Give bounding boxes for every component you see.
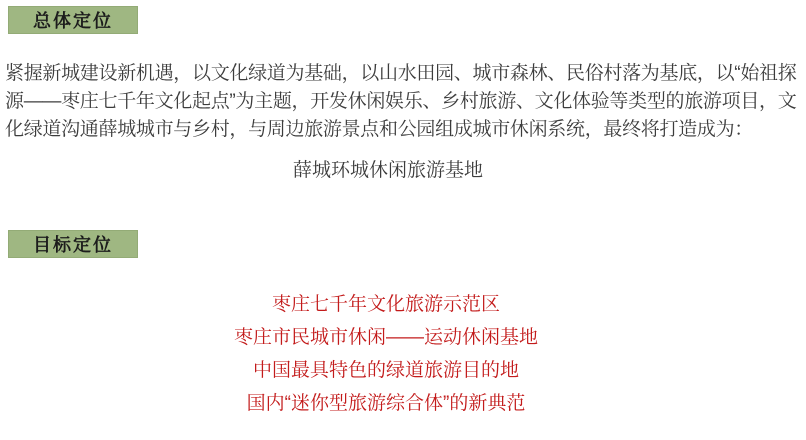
overall-positioning-paragraph: 紧握新城建设新机遇，以文化绿道为基础，以山水田园、城市森林、民俗村落为基底，以“… [5, 60, 801, 144]
presentation-slide: 总体定位 紧握新城建设新机遇，以文化绿道为基础，以山水田园、城市森林、民俗村落为… [0, 0, 806, 440]
goal-line-3: 中国最具特色的绿道旅游目的地 [0, 354, 772, 387]
goal-list: 枣庄七千年文化旅游示范区 枣庄市民城市休闲——运动休闲基地 中国最具特色的绿道旅… [0, 288, 772, 420]
goal-line-1: 枣庄七千年文化旅游示范区 [0, 288, 772, 321]
goal-line-2: 枣庄市民城市休闲——运动休闲基地 [0, 321, 772, 354]
paragraph-line-2: 源——枣庄七千年文化起点”为主题，开发休闲娱乐、乡村旅游、文化体验等类型的旅游项… [5, 88, 801, 116]
section-badge-overall-positioning: 总体定位 [8, 6, 138, 34]
section-badge-goal-positioning: 目标定位 [8, 230, 138, 258]
goal-line-4: 国内“迷你型旅游综合体”的新典范 [0, 387, 772, 420]
overall-conclusion-text: 薛城环城休闲旅游基地 [0, 157, 776, 185]
paragraph-line-3: 化绿道沟通薛城城市与乡村，与周边旅游景点和公园组成城市休闲系统，最终将打造成为： [5, 116, 801, 144]
paragraph-line-1: 紧握新城建设新机遇，以文化绿道为基础，以山水田园、城市森林、民俗村落为基底，以“… [5, 60, 801, 88]
